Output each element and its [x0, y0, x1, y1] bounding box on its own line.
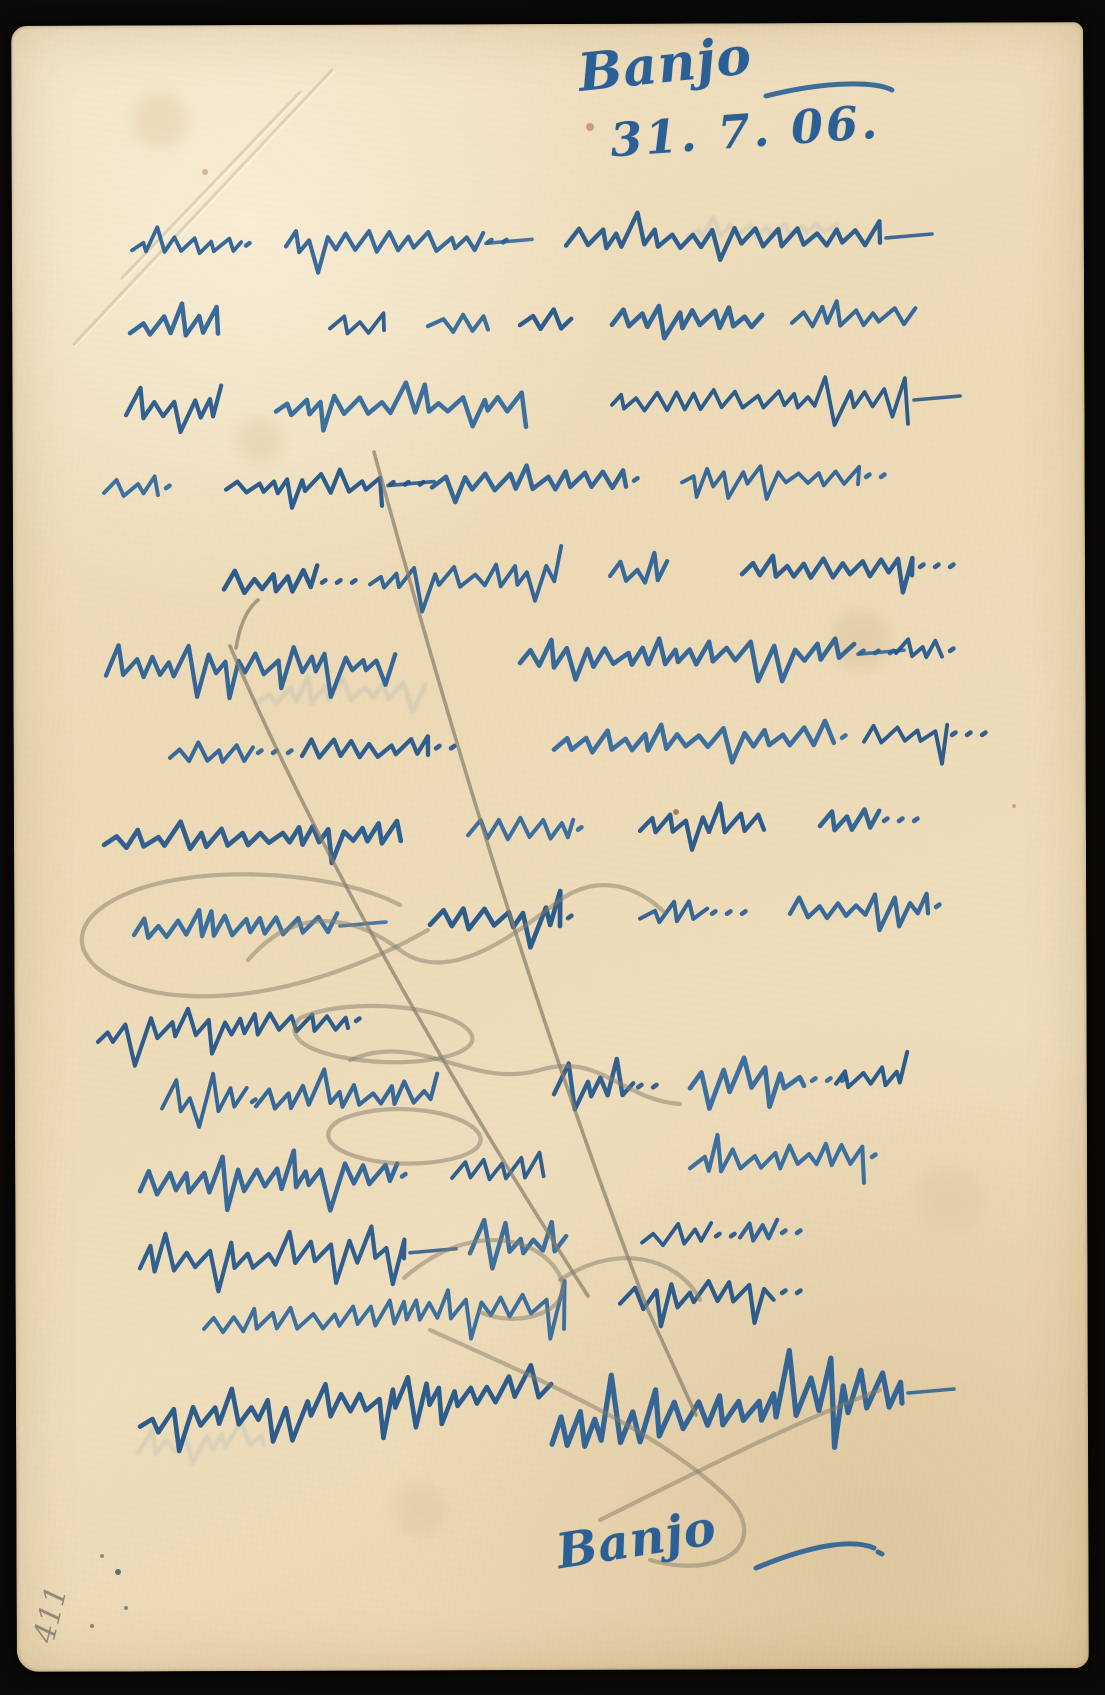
postcard: [11, 22, 1089, 1672]
photo-background: Banjo 31. 7. 06. Banjo 411: [0, 0, 1105, 1695]
